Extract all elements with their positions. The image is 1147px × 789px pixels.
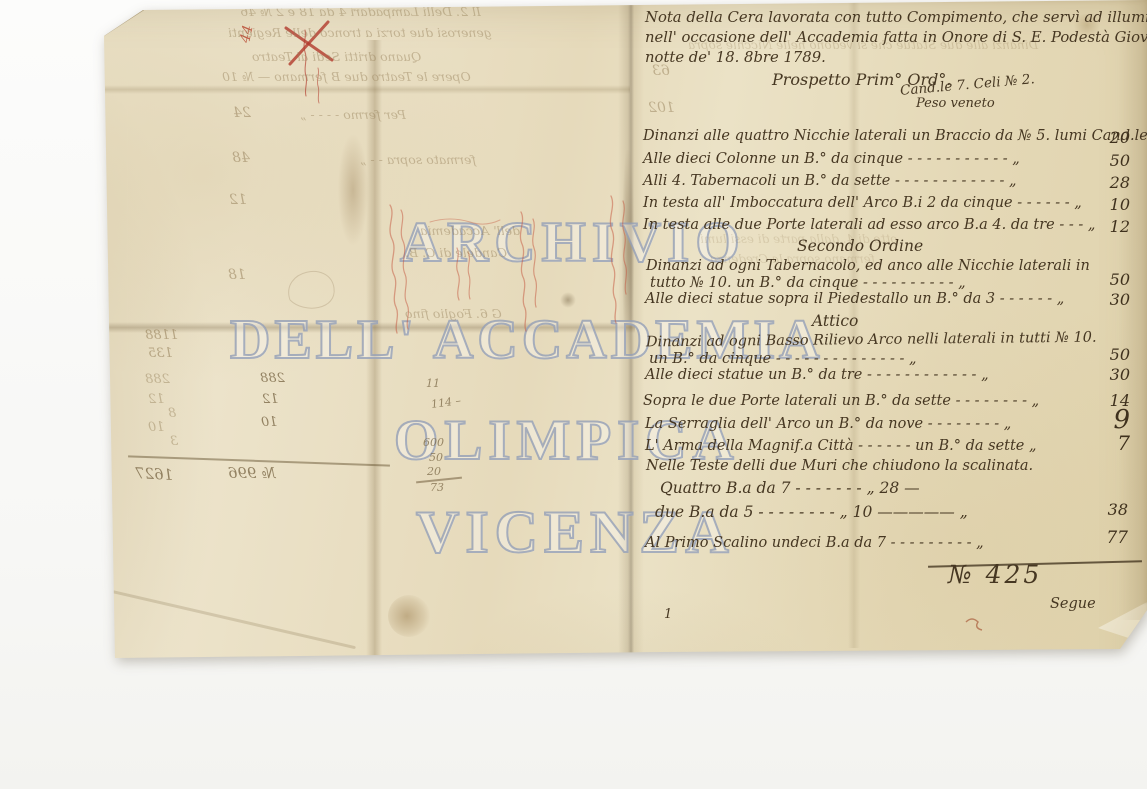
bleed-sum-row: 10 <box>148 420 165 435</box>
grand-total: № 425 <box>948 562 1042 587</box>
bleed-sum-row-dark: 12 <box>262 392 279 407</box>
entry-qty: 20 <box>1084 128 1130 147</box>
entry-line: In testa all' Imboccatura dell' Arco B.i… <box>643 196 1082 211</box>
small-red-squiggle <box>966 619 982 630</box>
bleed-margin-number: 12 <box>229 192 247 208</box>
section-heading-attico: Attico <box>812 314 858 330</box>
bleed-margin-number: 48 <box>232 150 250 166</box>
bleed-line: G 6. Foglio fino <box>405 306 502 321</box>
pencil-note: 11 <box>426 377 440 390</box>
bleed-line: Il 2. Delli Lampadari 4 da 18 e 2 № 46 <box>240 4 481 19</box>
pencil-note: 20 <box>427 465 441 478</box>
bleed-line: Opere le Teatro due B fermano — № 10 <box>222 69 471 84</box>
entry-line: In testa alle due Porte laterali ad esso… <box>643 218 1095 233</box>
entry-line: L' Arma della Magnif.a Città - - - - - -… <box>645 439 1037 454</box>
bleed-number-right: 102 <box>648 100 675 116</box>
bleed-sum-row: 288 <box>145 372 170 387</box>
entry-line: tutto № 10. un B.° da cinque - - - - - -… <box>650 276 966 291</box>
document-title-line: Nota della Cera lavorata con tutto Compi… <box>645 11 1147 26</box>
bleed-sum-row: 135 <box>148 346 173 361</box>
document-title-line: nell' occasione dell' Accademia fatta in… <box>645 31 1147 46</box>
bleed-sum-row: 12 <box>148 392 165 407</box>
entry-qty: 50 <box>1084 270 1130 289</box>
entry-line: Nelle Teste delli due Muri che chiudono … <box>646 459 1033 474</box>
bleed-sum-row: 3 <box>170 434 178 449</box>
entry-qty: 30 <box>1084 290 1130 309</box>
bleed-margin-number: 24 <box>233 105 251 121</box>
scanner-background: ARCHIVIO DELL' ACCADEMIA OLIMPICA VICENZ… <box>0 0 1147 789</box>
entry-line: Sopra le due Porte laterali un B.° da se… <box>643 394 1039 409</box>
bleed-sum-total: № 996 <box>228 464 276 482</box>
entry-qty: 10 <box>1084 195 1130 214</box>
entry-line: Alli 4. Tabernacoli un B.° da sette - - … <box>643 174 1017 189</box>
bleed-sum-row-dark: 288 <box>260 371 285 386</box>
entry-qty: 28 <box>1084 173 1130 192</box>
bleed-sum-row: 8 <box>168 406 176 421</box>
bleed-line: generosi due torzi a tronco delle Regien… <box>228 25 492 40</box>
entry-qty: 7 <box>1084 431 1130 455</box>
page-mark: 1 <box>664 608 672 621</box>
entry-line: un B.° da cinque - - - - - - - - - - - -… <box>649 352 917 367</box>
entry-qty: 50 <box>1084 151 1130 170</box>
segue-note: Segue <box>1050 597 1096 612</box>
entry-qty: 50 <box>1084 345 1130 364</box>
bleed-sum-row-dark: 10 <box>261 415 278 430</box>
bleed-line: Quano dritti Sedi al Teatro <box>252 49 421 64</box>
document-title-line: notte de' 18. 8bre 1789. <box>645 51 826 66</box>
pencil-note: 73 <box>430 481 444 494</box>
entry-qty: 30 <box>1084 365 1130 384</box>
entry-qty: 38 <box>1082 500 1128 519</box>
weight-note: Peso veneto <box>916 97 995 110</box>
bleed-margin-number: 18 <box>228 267 246 283</box>
entry-qty: 77 <box>1082 528 1128 548</box>
entry-qty: 12 <box>1084 217 1130 236</box>
entry-line: Alle dieci statue un B.° da tre - - - - … <box>645 368 989 383</box>
entry-line: due B.a da 5 - - - - - - - - „ 10 ————— … <box>655 505 968 521</box>
entry-line: Alle dieci statue sopra il Piedestallo u… <box>645 292 1064 307</box>
paper-shadow-wrap: ARCHIVIO DELL' ACCADEMIA OLIMPICA VICENZ… <box>0 0 1147 789</box>
entry-line: Dinanzi alle quattro Nicchie laterali un… <box>643 129 1147 144</box>
pencil-note: 50 <box>429 451 443 464</box>
pencil-note: 600 <box>423 436 444 449</box>
bleed-sum-alt: 1627 <box>135 464 174 484</box>
entry-line: Alle dieci Colonne un B.° da cinque - - … <box>643 152 1020 167</box>
entry-line: Al Primo Scalino undeci B.a da 7 - - - -… <box>645 536 984 551</box>
section-heading-secondo-ordine: Secondo Ordine <box>797 239 923 255</box>
bleed-line: Candele di C. B. <box>405 245 507 260</box>
manuscript-sheet: ARCHIVIO DELL' ACCADEMIA OLIMPICA VICENZ… <box>0 0 1147 789</box>
entry-line: La Serraglia dell' Arco un B.° da nove -… <box>645 417 1011 432</box>
bleed-line: fermato sopra - - „ <box>360 152 476 167</box>
entry-line: Quattro B.a da 7 - - - - - - - „ 28 — <box>660 481 920 497</box>
bleed-line: Per fermo - - - - „ <box>300 107 406 122</box>
entry-line: Dinanzi ad ogni Tabernacolo, ed anco all… <box>646 259 1090 274</box>
bleed-sum-row: 1188 <box>145 328 178 343</box>
bleed-line: dell' Accademia <box>420 223 520 238</box>
